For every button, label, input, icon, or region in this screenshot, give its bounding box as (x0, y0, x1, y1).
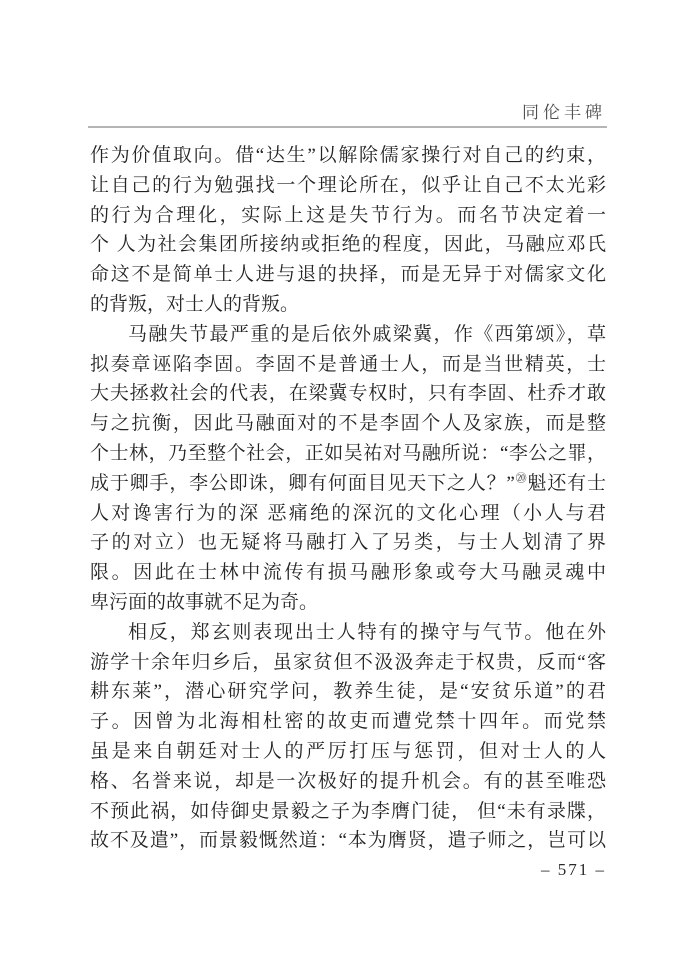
text-line: 个 人为社会集团所接纳或拒绝的程度，因此，马融应邓氏 (90, 230, 606, 260)
text-line: 大夫拯救社会的代表，在梁冀专权时，只有李固、杜乔才敢 (90, 379, 606, 409)
text-line: 马融失节最严重的是后依外戚梁冀，作《西第颂》，草 (90, 320, 606, 350)
page-number: – 571 – (90, 860, 606, 880)
footnote-marker: ⑳ (515, 472, 528, 484)
text-line: 作为价值取向。借“达生”以解除儒家操行对自己的约束， (90, 141, 606, 171)
text-line: 虽是来自朝廷对士人的严厉打压与惩罚，但对士人的人 (90, 737, 606, 767)
text-line: 成于卿手，李公即诛，卿有何面目见天下之人？”⑳魁还有士 (90, 469, 606, 499)
text-line: 的行为合理化，实际上这是失节行为。而名节决定着一 (90, 201, 606, 231)
text-line: 子。因曾为北海相杜密的故吏而遭党禁十四年。而党禁 (90, 707, 606, 737)
text-line: 命这不是简单士人进与退的抉择，而是无异于对儒家文化 (90, 260, 606, 290)
text-line: 的背叛，对士人的背叛。 (90, 290, 606, 320)
text-line: 与之抗衡，因此马融面对的不是李固个人及家族，而是整 (90, 409, 606, 439)
text-line: 游学十余年归乡后，虽家贫但不汲汲奔走于权贵，反而“客 (90, 648, 606, 678)
text-line: 卑污面的故事就不足为奇。 (90, 588, 606, 618)
text-line: 让自己的行为勉强找一个理论所在，似乎让自己不太光彩 (90, 171, 606, 201)
body-text: 作为价值取向。借“达生”以解除儒家操行对自己的约束，让自己的行为勉强找一个理论所… (90, 141, 606, 856)
text-line: 耕东莱”，潜心研究学问，教养生徒，是“安贫乐道”的君 (90, 677, 606, 707)
page-header: 同伦丰碑 (88, 98, 606, 123)
document-page: 同伦丰碑 作为价值取向。借“达生”以解除儒家操行对自己的约束，让自己的行为勉强找… (0, 0, 692, 968)
running-title: 同伦丰碑 (522, 103, 606, 122)
text-line: 拟奏章诬陷李固。李固不是普通士人，而是当世精英，士 (90, 350, 606, 380)
text-line: 人对谗害行为的深 恶痛绝的深沉的文化心理（小人与君 (90, 499, 606, 529)
text-line: 子的对立）也无疑将马融打入了另类，与士人划清了界 (90, 528, 606, 558)
text-line: 相反，郑玄则表现出士人特有的操守与气节。他在外 (90, 618, 606, 648)
text-line: 格、名誉来说，却是一次极好的提升机会。有的甚至唯恐 (90, 767, 606, 797)
text-line: 不预此祸，如侍御史景毅之子为李膺门徒， 但“未有录牒， (90, 797, 606, 827)
text-line: 故不及遣”，而景毅慨然道：“本为膺贤，遣子师之，岂可以 (90, 826, 606, 856)
text-line: 个士林，乃至整个社会，正如吴祐对马融所说：“李公之罪， (90, 439, 606, 469)
text-line: 限。因此在士林中流传有损马融形象或夸大马融灵魂中 (90, 558, 606, 588)
header-rule (88, 126, 607, 128)
